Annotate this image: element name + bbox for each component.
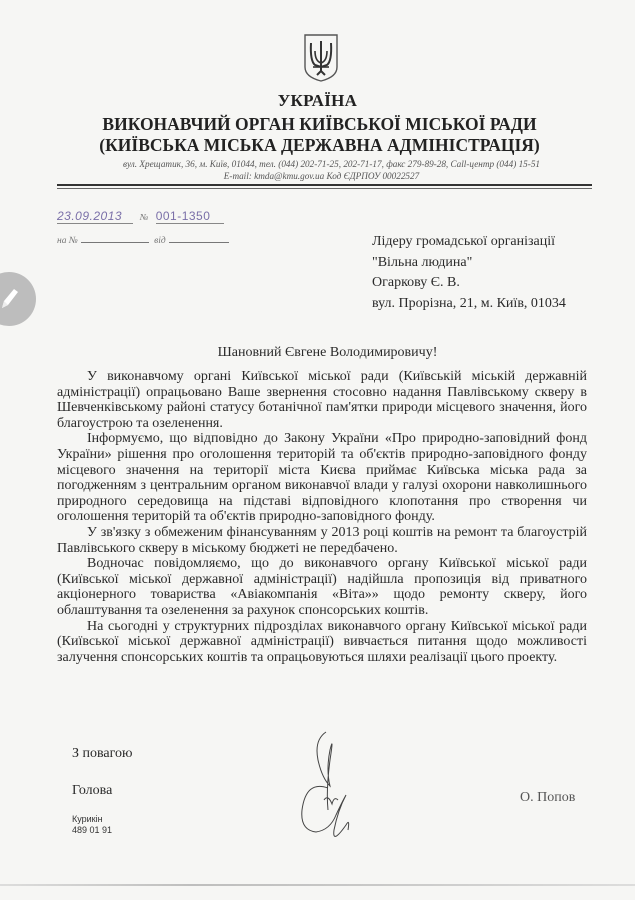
registration-date: 23.09.2013 (57, 209, 133, 224)
body-paragraph: У виконавчому органі Київської міської р… (57, 369, 587, 431)
body-paragraph: Інформуємо, що відповідно до Закону Укра… (57, 431, 587, 525)
reply-reference-line: на № від (57, 236, 229, 246)
reply-to-label: на № (57, 236, 78, 246)
trident-coat-of-arms-icon (303, 33, 339, 83)
letterhead-organization-line2: (КИЇВСЬКА МІСЬКА ДЕРЖАВНА АДМІНІСТРАЦІЯ) (2, 135, 635, 156)
executor-name: Курикін (72, 814, 112, 825)
handwritten-signature (286, 730, 376, 850)
letterhead-contacts-address: вул. Хрещатик, 36, м. Київ, 01044, тел. … (14, 159, 635, 169)
executor-phone: 489 01 91 (72, 825, 112, 836)
letterhead-organization-line1: ВИКОНАВЧИЙ ОРГАН КИЇВСЬКОЇ МІСЬКОЇ РАДИ (2, 114, 635, 135)
scanned-letter-page: УКРАЇНА ВИКОНАВЧИЙ ОРГАН КИЇВСЬКОЇ МІСЬК… (0, 0, 635, 900)
letterhead-contacts-email: E-mail: kmda@kmu.gov.ua Код ЄДРПОУ 00022… (4, 171, 635, 181)
registration-number-label: № (140, 212, 149, 222)
closing-regards: З повагою (72, 746, 133, 762)
body-paragraph: На сьогодні у структурних підрозділах ви… (57, 619, 587, 666)
reply-from-label: від (154, 236, 166, 246)
recipient-name: Огаркову Є. В. (372, 273, 566, 294)
registration-number: 001-1350 (156, 209, 224, 224)
letterhead-country: УКРАЇНА (0, 91, 635, 111)
recipient-line1: Лідеру громадської організації (372, 232, 566, 253)
body-paragraph: Водночас повідомляємо, що до виконавчого… (57, 556, 587, 618)
scan-bottom-edge (0, 884, 635, 886)
registration-line: 23.09.2013 № 001-1350 (57, 209, 224, 224)
signer-position: Голова (72, 783, 112, 799)
letterhead-divider-thick (57, 184, 592, 186)
body-paragraph: У зв'язку з обмеженим фінансуванням у 20… (57, 525, 587, 556)
recipient-address: вул. Прорізна, 21, м. Київ, 01034 (372, 294, 566, 315)
recipient-block: Лідеру громадської організації "Вільна л… (372, 232, 566, 314)
edit-button[interactable] (0, 272, 36, 326)
reply-from-blank (169, 242, 229, 243)
letterhead-divider-thin (57, 188, 592, 189)
letter-body: У виконавчому органі Київської міської р… (57, 369, 587, 665)
executor-block: Курикін 489 01 91 (72, 814, 112, 836)
signer-name: О. Попов (520, 790, 575, 806)
reply-to-blank (81, 242, 149, 243)
recipient-line2: "Вільна людина" (372, 253, 566, 274)
pencil-icon (0, 286, 20, 310)
salutation: Шановний Євгене Володимировичу! (10, 345, 635, 361)
